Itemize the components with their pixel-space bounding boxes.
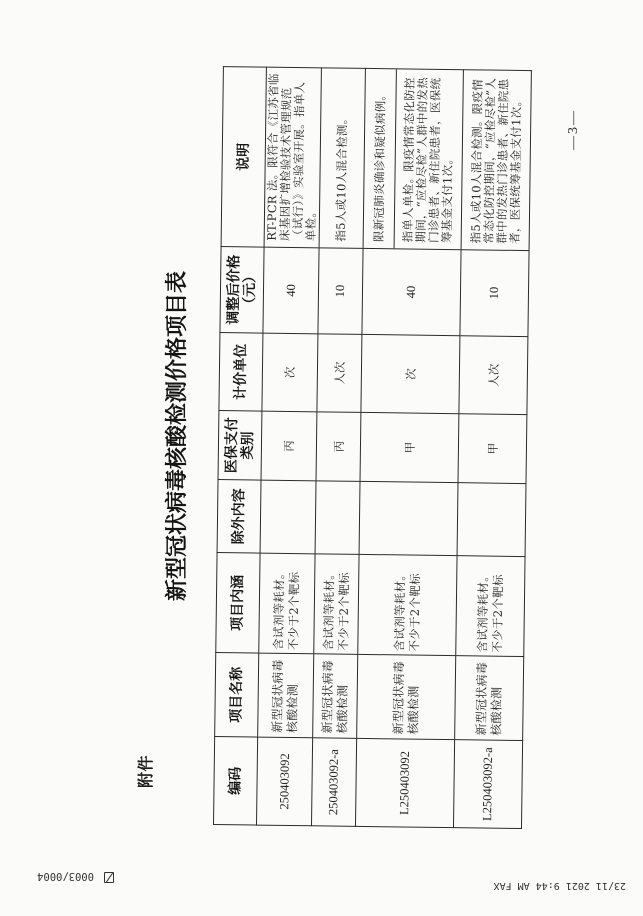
- fax-label: FAX: [494, 880, 512, 891]
- item-content: 含试剂等耗材。不少于2个靶标: [271, 564, 302, 650]
- header-adjusted-price-line1: 调整后价格: [226, 255, 243, 325]
- header-notes: 说明: [221, 67, 266, 248]
- excluded-content: [457, 483, 526, 557]
- fax-date: 23/11 2021: [566, 880, 626, 891]
- header-insurance-category-line1: 医保支付: [224, 417, 241, 473]
- fax-time: 9:44 AM: [518, 880, 560, 891]
- table-row: L250403092-a 新型冠状病毒核酸检测 含试剂等耗材。不少于2个靶标 甲…: [453, 70, 531, 829]
- item-code: 250403092-a: [311, 738, 356, 827]
- adjusted-price: 40: [362, 248, 461, 335]
- notes-split-cell: 限新冠肺炎确诊和疑似病例。 指单人单检。限疫情常态化防控期间，“应检尽检”人群中…: [363, 68, 463, 249]
- attachment-label: 附件: [133, 755, 156, 788]
- item-content-cell: 含试剂等耗材。不少于2个靶标: [314, 554, 359, 655]
- header-adjusted-price: 调整后价格 （元）: [220, 247, 264, 334]
- document-title: 新型冠状病毒核酸检测价格项目表: [163, 256, 191, 616]
- item-name: 新型冠状病毒核酸检测: [391, 658, 422, 734]
- excluded-content: [260, 480, 316, 554]
- excluded-content: [315, 481, 360, 555]
- adjusted-price: 10: [318, 248, 363, 335]
- insurance-category: 丙: [261, 411, 317, 481]
- item-name: 新型冠状病毒核酸检测: [320, 657, 351, 733]
- item-name-cell: 新型冠状病毒核酸检测: [357, 654, 456, 739]
- header-insurance-category-line2: 类别: [240, 431, 256, 459]
- notes-insurance-rule: 指单人单检。限疫情常态化防控期间，“应检尽检”人群中的发热门诊患者、新住院患者，…: [394, 69, 462, 249]
- table-row: L250403092 新型冠状病毒核酸检测 含试剂等耗材。不少于2个靶标 甲 次…: [355, 68, 463, 827]
- item-content: 含试剂等耗材。不少于2个靶标: [321, 564, 352, 650]
- notes: RT-PCR 法。限符合《江苏省临床基因扩增检验技术管理规范（试行）》实验室开展…: [264, 67, 321, 248]
- item-code: L250403092: [355, 738, 454, 827]
- item-content-cell: 含试剂等耗材。不少于2个靶标: [358, 554, 457, 655]
- header-excluded-content: 除外内容: [217, 480, 261, 554]
- page-number: —3—: [566, 109, 582, 150]
- item-name: 新型冠状病毒核酸检测: [474, 659, 505, 735]
- header-adjusted-price-line2: （元）: [242, 269, 259, 311]
- pricing-unit: 次: [361, 334, 460, 413]
- item-code: 250403092: [257, 737, 313, 826]
- item-content-cell: 含试剂等耗材。不少于2个靶标: [259, 553, 315, 654]
- item-name-cell: 新型冠状病毒核酸检测: [313, 654, 358, 739]
- item-content: 含试剂等耗材。不少于2个靶标: [475, 566, 506, 652]
- fax-page-count: 0003/0004: [37, 870, 94, 882]
- insurance-category: 甲: [360, 412, 459, 482]
- header-insurance-category: 医保支付 类别: [218, 411, 262, 481]
- item-name: 新型冠状病毒核酸检测: [270, 657, 301, 733]
- pricing-unit: 人次: [459, 336, 528, 415]
- header-code: 编码: [214, 737, 258, 826]
- fax-page-icon: [104, 872, 114, 883]
- fax-page-counter: 0003/0004: [30, 869, 114, 883]
- header-pricing-unit: 计价单位: [219, 333, 263, 412]
- pricing-unit: 人次: [317, 334, 362, 413]
- scanned-page: 附件 新型冠状病毒核酸检测价格项目表 编码 项目名称 项目内涵 除外内容 医保支…: [0, 0, 643, 916]
- notes: 指5人或10人混合检测。: [319, 68, 365, 249]
- insurance-category: 丙: [316, 412, 361, 482]
- header-item-content: 项目内涵: [216, 553, 260, 654]
- price-table-container: 编码 项目名称 项目内涵 除外内容 医保支付 类别 计价单位 调整后价格 （元）…: [213, 66, 532, 829]
- item-content: 含试剂等耗材。不少于2个靶标: [392, 565, 423, 651]
- item-content-cell: 含试剂等耗材。不少于2个靶标: [456, 556, 525, 657]
- header-item-name: 项目名称: [215, 653, 259, 738]
- item-name-cell: 新型冠状病毒核酸检测: [455, 656, 524, 741]
- notes-restriction: 限新冠肺炎确诊和疑似病例。: [364, 69, 396, 248]
- item-name-cell: 新型冠状病毒核酸检测: [258, 653, 314, 738]
- table-row: 250403092 新型冠状病毒核酸检测 含试剂等耗材。不少于2个靶标 丙 次 …: [257, 67, 322, 826]
- adjusted-price: 40: [263, 247, 319, 334]
- price-table: 编码 项目名称 项目内涵 除外内容 医保支付 类别 计价单位 调整后价格 （元）…: [213, 66, 532, 829]
- item-code: L250403092-a: [453, 740, 522, 829]
- fax-transmission-header: 23/11 20219:44 AMFAX: [490, 878, 626, 892]
- pricing-unit: 次: [262, 333, 318, 412]
- excluded-content: [359, 481, 458, 555]
- notes: 指5人或10人混合检测。限疫情常态化防控期间，“应检尽检”人群中的发热门诊患者、…: [461, 70, 531, 251]
- adjusted-price: 10: [460, 250, 529, 337]
- insurance-category: 甲: [458, 414, 527, 484]
